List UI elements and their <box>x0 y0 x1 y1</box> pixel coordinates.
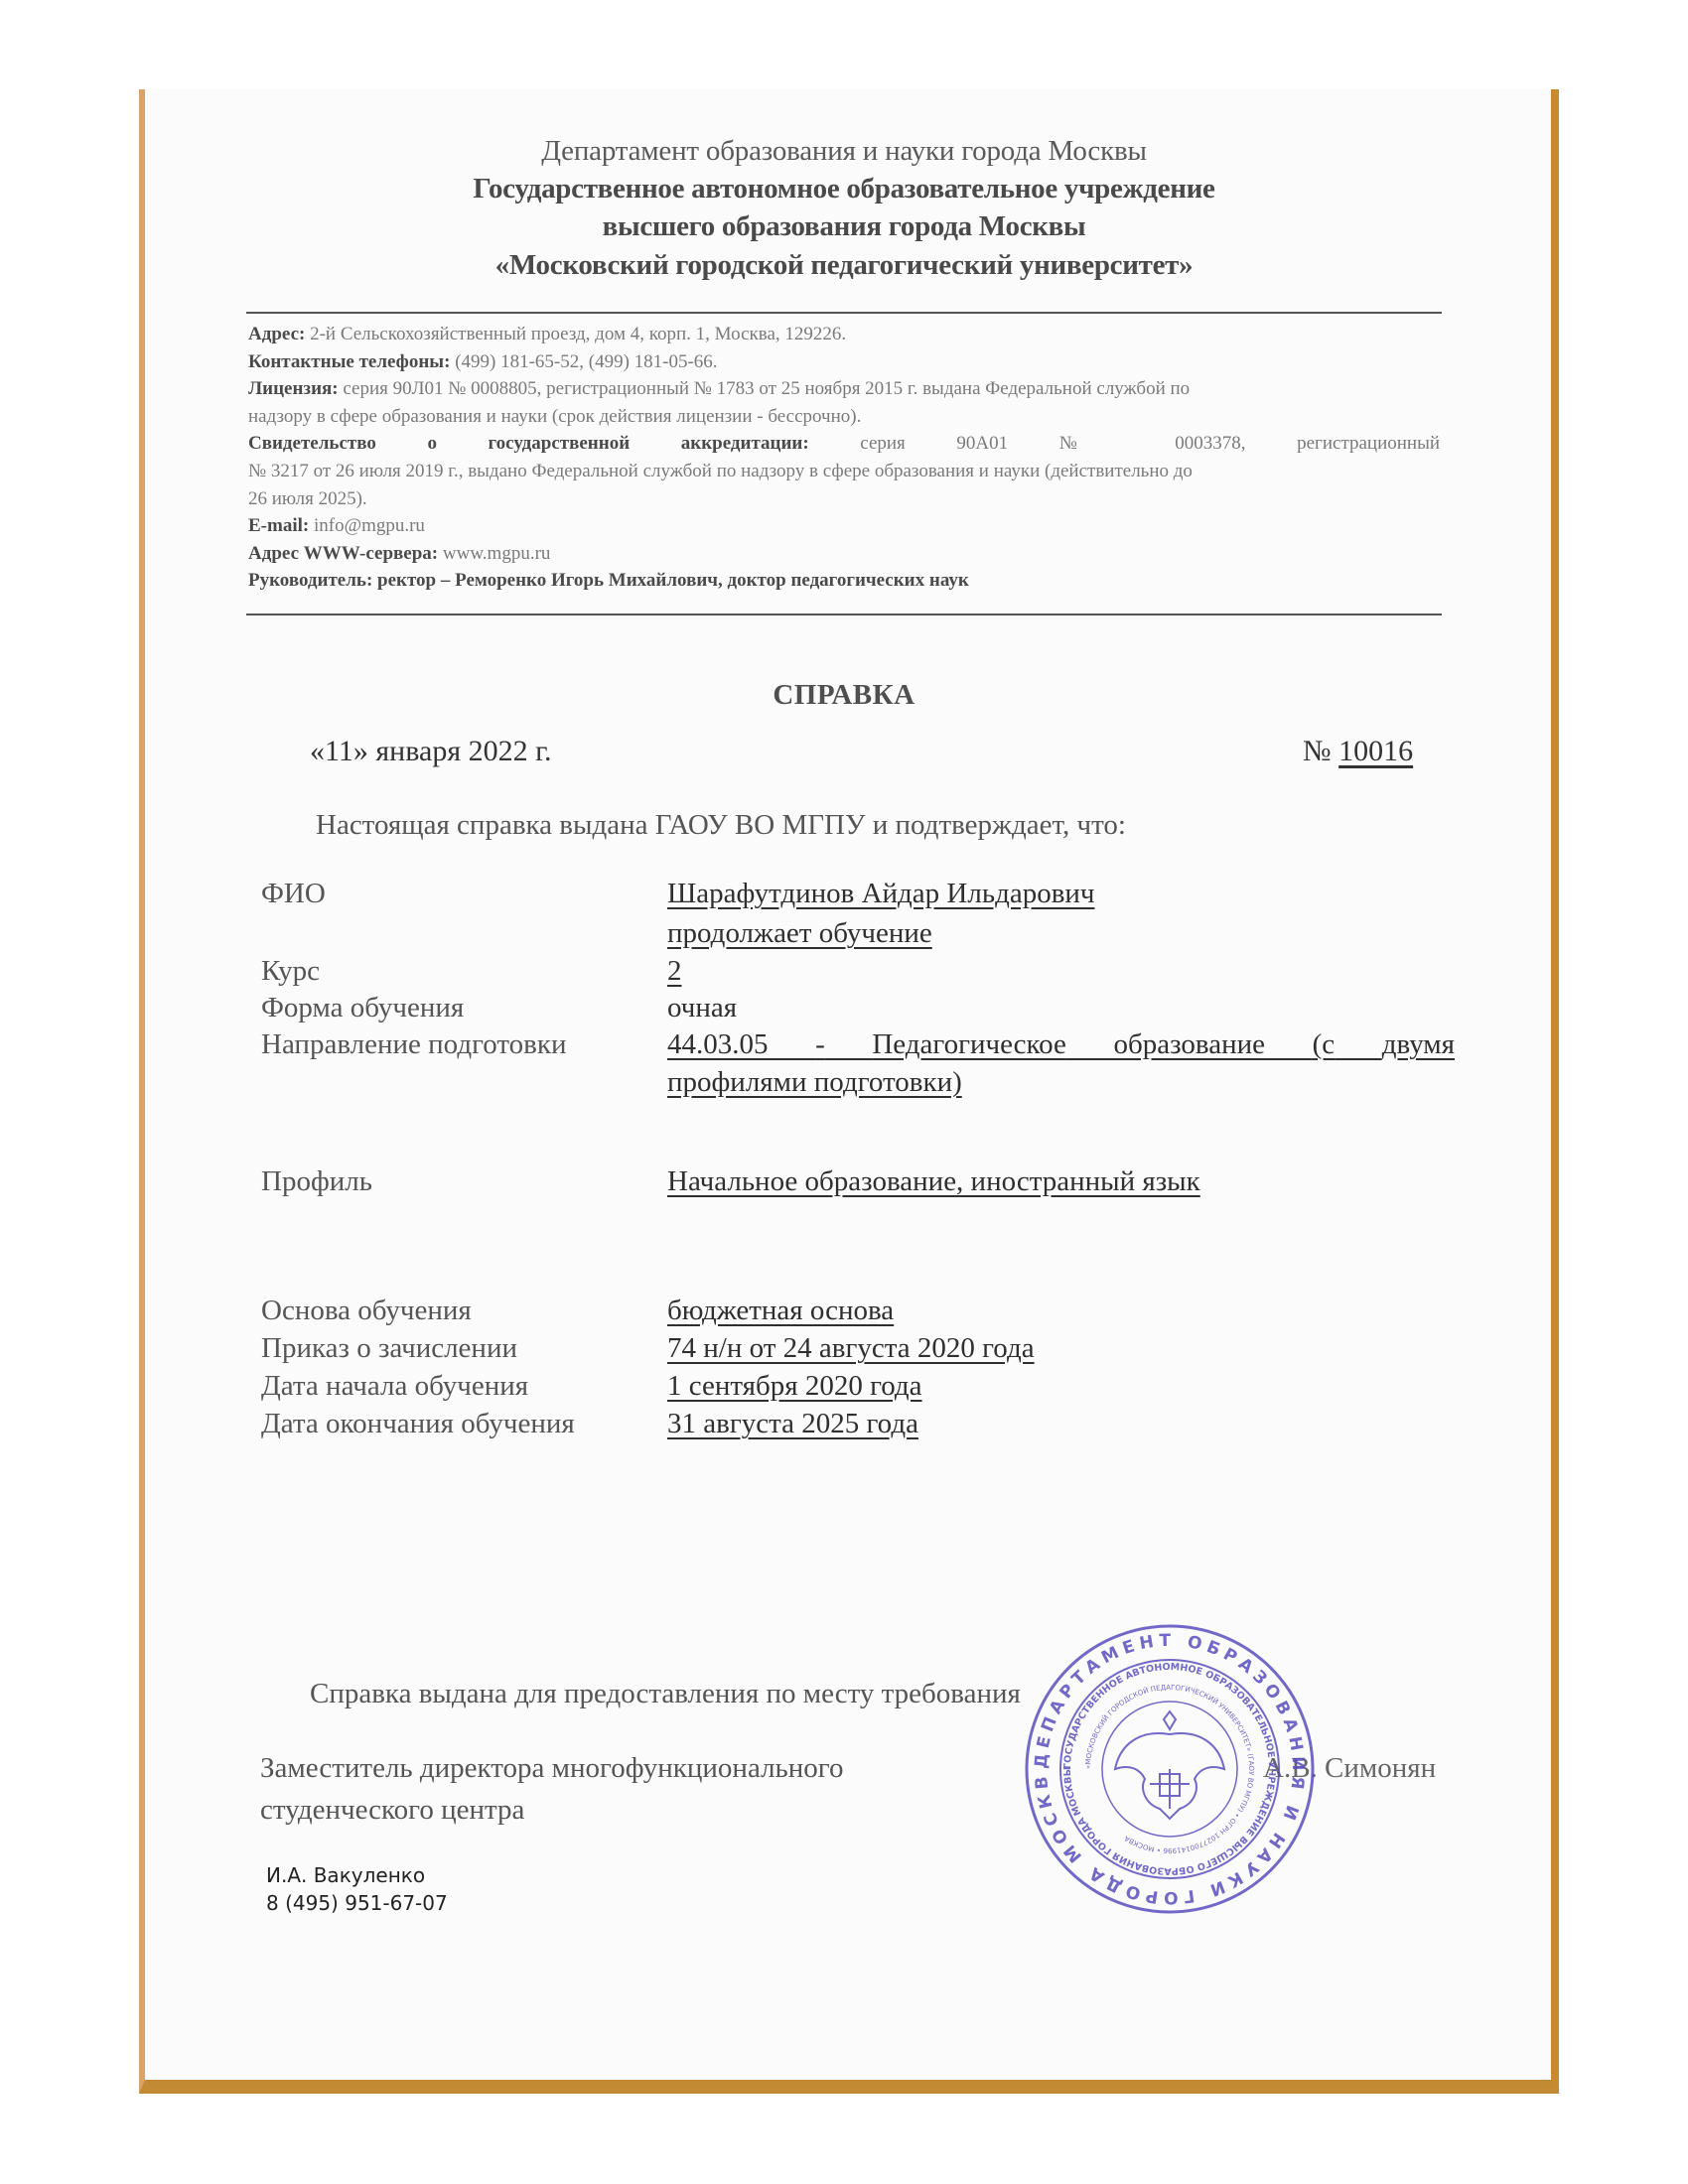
certificate-title: СПРАВКА <box>0 679 1688 712</box>
field-label-basis: Основа обучения <box>261 1295 472 1327</box>
info-head: Руководитель: ректор – Реморенко Игорь М… <box>248 567 1440 595</box>
field-label-start: Дата начала обучения <box>261 1370 528 1403</box>
head-label: Руководитель: <box>248 570 372 591</box>
address-value: 2-й Сельскохозяйственный проезд, дом 4, … <box>310 324 846 344</box>
signer-title-line-2: студенческого центра <box>260 1794 524 1827</box>
phones-label: Контактные телефоны: <box>248 351 450 372</box>
email-label: E-mail: <box>248 515 309 536</box>
info-address: Адрес: 2-й Сельскохозяйственный проезд, … <box>248 321 1440 348</box>
certificate-intro: Настоящая справка выдана ГАОУ ВО МГПУ и … <box>316 809 1126 842</box>
head-value: ректор – Реморенко Игорь Михайлович, док… <box>377 570 969 591</box>
accr-word: регистрационный <box>1297 433 1440 454</box>
signer-title-line-1: Заместитель директора многофункционально… <box>260 1752 843 1785</box>
www-value: www.mgpu.ru <box>443 543 551 564</box>
info-www: Адрес WWW-сервера: www.mgpu.ru <box>248 540 1440 568</box>
accr-word: Свидетельство <box>248 433 376 454</box>
field-value-direction-line2: профилями подготовки) <box>667 1066 962 1099</box>
www-label: Адрес WWW-сервера: <box>248 543 438 564</box>
field-label-form: Форма обучения <box>261 992 464 1024</box>
field-label-fio: ФИО <box>261 878 326 910</box>
certificate-date: «11» января 2022 г. <box>310 735 552 768</box>
field-label-order: Приказ о зачислении <box>261 1332 517 1365</box>
field-value-direction-line1: 44.03.05 - Педагогическое образование (с… <box>667 1028 1455 1061</box>
field-label-end: Дата окончания обучения <box>261 1408 575 1440</box>
executor-name: И.А. Вакуленко <box>266 1863 425 1887</box>
info-accreditation-cont-1: № 3217 от 26 июля 2019 г., выдано Федера… <box>248 458 1440 485</box>
direction-word: - <box>815 1028 825 1060</box>
info-phones: Контактные телефоны: (499) 181-65-52, (4… <box>248 348 1440 376</box>
direction-word: двумя <box>1382 1028 1455 1060</box>
direction-word: Педагогическое <box>872 1028 1066 1060</box>
svg-text:«МОСКОВСКИЙ ГОРОДСКОЙ ПЕДАГОГИ: «МОСКОВСКИЙ ГОРОДСКОЙ ПЕДАГОГИЧЕСКИЙ УНИ… <box>1084 1684 1255 1854</box>
field-label-direction: Направление подготовки <box>261 1028 566 1061</box>
accr-word: № <box>1059 433 1124 454</box>
number-sign: № <box>1303 735 1332 767</box>
header-rule-top <box>246 312 1442 314</box>
info-email: E-mail: info@mgpu.ru <box>248 512 1440 540</box>
direction-word: образование <box>1114 1028 1266 1060</box>
info-license: Лицензия: серия 90Л01 № 0008805, регистр… <box>248 375 1440 403</box>
field-value-course: 2 <box>667 955 682 988</box>
field-value-end: 31 августа 2025 года <box>667 1408 918 1440</box>
closing-statement: Справка выдана для предоставления по мес… <box>310 1678 1021 1710</box>
accr-word: государственной <box>489 433 631 454</box>
field-value-order: 74 н/н от 24 августа 2020 года <box>667 1332 1035 1365</box>
header-institution-line-2: высшего образования города Москвы <box>0 210 1688 243</box>
svg-text:ГОСУДАРСТВЕННОЕ АВТОНОМНОЕ ОБР: ГОСУДАРСТВЕННОЕ АВТОНОМНОЕ ОБРАЗОВАТЕЛЬН… <box>1062 1662 1277 1876</box>
accr-word: 0003378, <box>1175 433 1245 454</box>
accr-word: о <box>427 433 437 454</box>
header-institution-line-3: «Московский городской педагогический уни… <box>0 249 1688 282</box>
email-value: info@mgpu.ru <box>314 515 425 536</box>
field-value-basis: бюджетная основа <box>667 1295 894 1327</box>
field-label-course: Курс <box>261 955 320 988</box>
field-value-form: очная <box>667 992 737 1024</box>
header-department: Департамент образования и науки города М… <box>0 135 1688 168</box>
number-value: 10016 <box>1338 735 1413 767</box>
executor-phone: 8 (495) 951-67-07 <box>266 1891 448 1915</box>
info-license-cont: надзору в сфере образования и науки (сро… <box>248 403 1440 431</box>
direction-word: 44.03.05 <box>667 1028 769 1060</box>
field-value-start: 1 сентября 2020 года <box>667 1370 922 1403</box>
accr-word: 90А01 <box>956 433 1008 454</box>
certificate-number: № 10016 <box>1303 735 1413 768</box>
accr-word: аккредитации: <box>681 433 809 454</box>
address-label: Адрес: <box>248 324 305 344</box>
header-rule-bottom <box>246 614 1442 615</box>
direction-word: (с <box>1313 1028 1336 1060</box>
info-accreditation-cont-2: 26 июля 2025). <box>248 485 1440 513</box>
field-label-profile: Профиль <box>261 1165 372 1198</box>
institution-info: Адрес: 2-й Сельскохозяйственный проезд, … <box>248 321 1440 595</box>
phones-value: (499) 181-65-52, (499) 181-05-66. <box>455 351 717 372</box>
header-institution-line-1: Государственное автономное образовательн… <box>0 173 1688 205</box>
official-stamp-icon: ДЕПАРТАМЕНТ ОБРАЗОВАНИЯ И НАУКИ ГОРОДА М… <box>1021 1620 1319 1918</box>
accr-word: серия <box>860 433 906 454</box>
field-value-profile: Начальное образование, иностранный язык <box>667 1165 1200 1198</box>
info-accreditation: Свидетельство о государственной аккредит… <box>248 430 1440 458</box>
field-value-fio: Шарафутдинов Айдар Ильдарович <box>667 878 1095 910</box>
license-value-1: серия 90Л01 № 0008805, регистрационный №… <box>343 378 1190 399</box>
license-label: Лицензия: <box>248 378 339 399</box>
field-value-status: продолжает обучение <box>667 917 932 950</box>
